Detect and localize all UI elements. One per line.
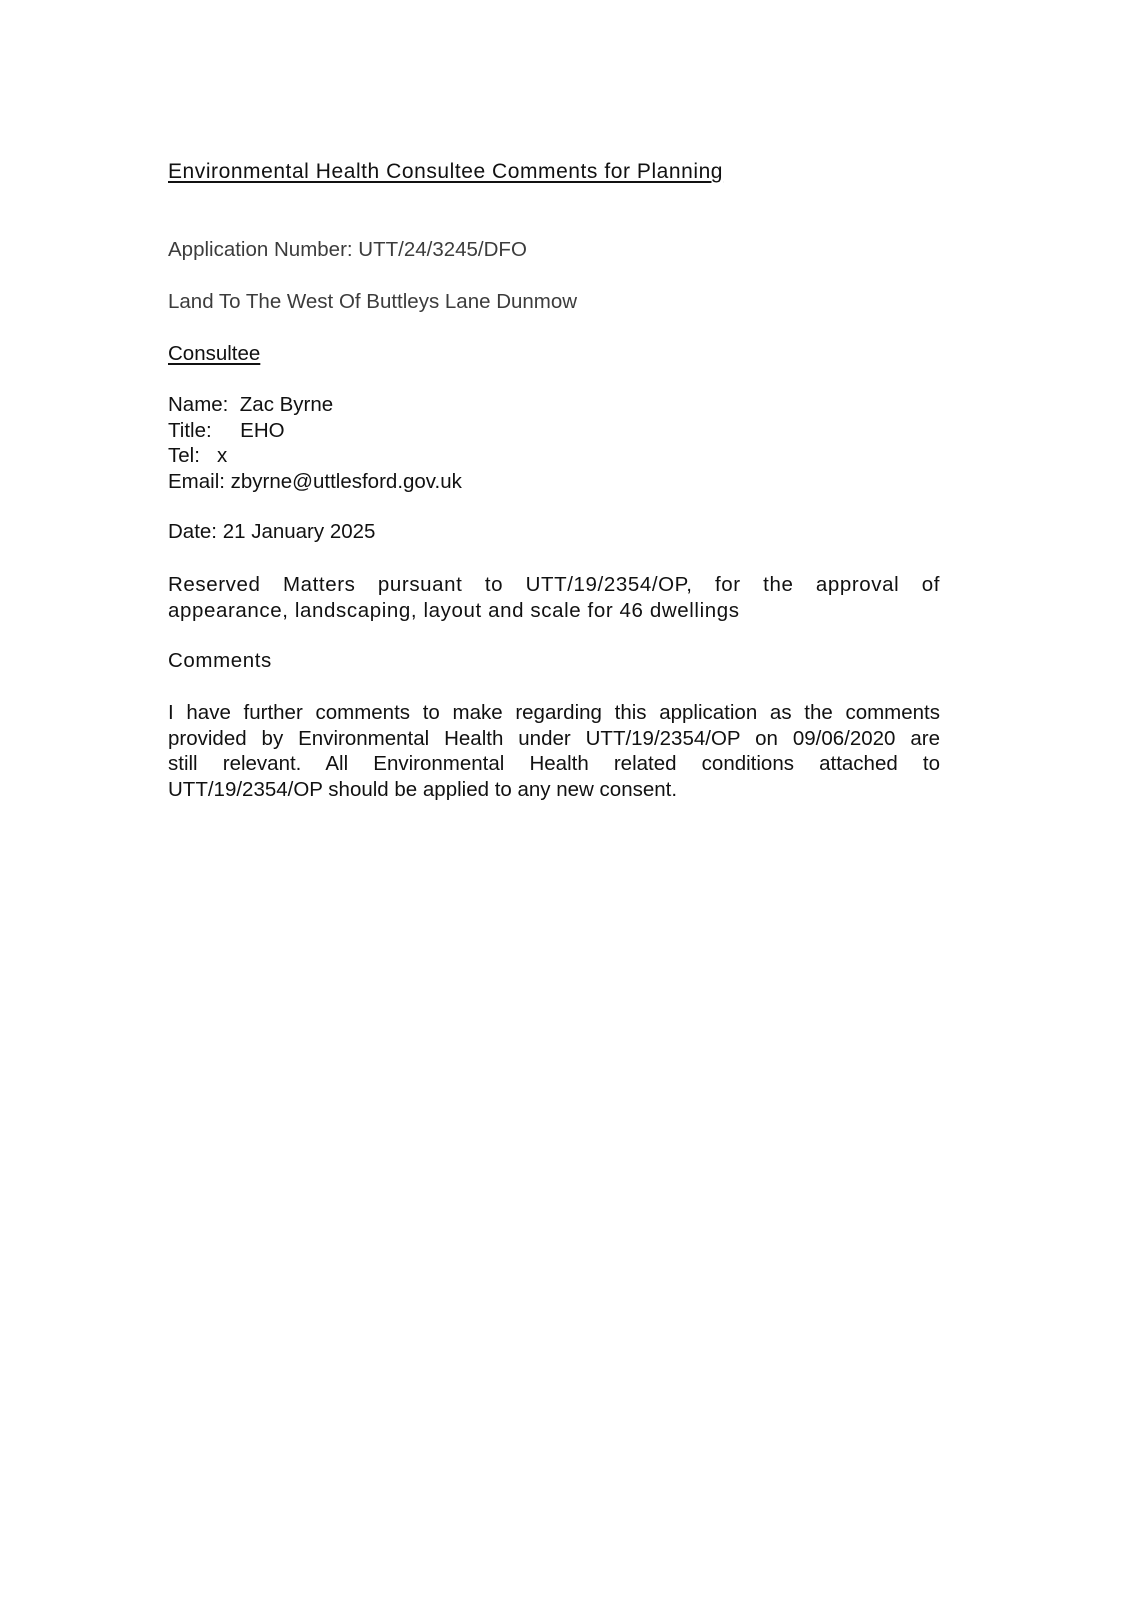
comments-heading: Comments — [168, 648, 272, 673]
consultee-tel: Tel: x — [168, 443, 462, 469]
description-line: Reserved Matters pursuant to UTT/19/2354… — [168, 572, 940, 598]
document-title: Environmental Health Consultee Comments … — [168, 160, 723, 184]
description-line: appearance, landscaping, layout and scal… — [168, 599, 740, 622]
comment-line: I have further comments to make regardin… — [168, 700, 940, 726]
comment-line: provided by Environmental Health under U… — [168, 726, 940, 752]
consultee-email: Email: zbyrne@uttlesford.gov.uk — [168, 469, 462, 495]
comment-line: still relevant. All Environmental Health… — [168, 751, 940, 777]
application-description: Reserved Matters pursuant to UTT/19/2354… — [168, 572, 940, 624]
application-number: Application Number: UTT/24/3245/DFO — [168, 237, 527, 262]
consultee-heading: Consultee — [168, 341, 260, 366]
comments-body: I have further comments to make regardin… — [168, 700, 940, 802]
site-address: Land To The West Of Buttleys Lane Dunmow — [168, 289, 577, 314]
comment-date: Date: 21 January 2025 — [168, 519, 375, 544]
consultee-title: Title: EHO — [168, 418, 462, 444]
consultee-details: Name: Zac Byrne Title: EHO Tel: x Email:… — [168, 392, 462, 494]
consultee-name: Name: Zac Byrne — [168, 392, 462, 418]
comment-line: UTT/19/2354/OP should be applied to any … — [168, 777, 940, 803]
